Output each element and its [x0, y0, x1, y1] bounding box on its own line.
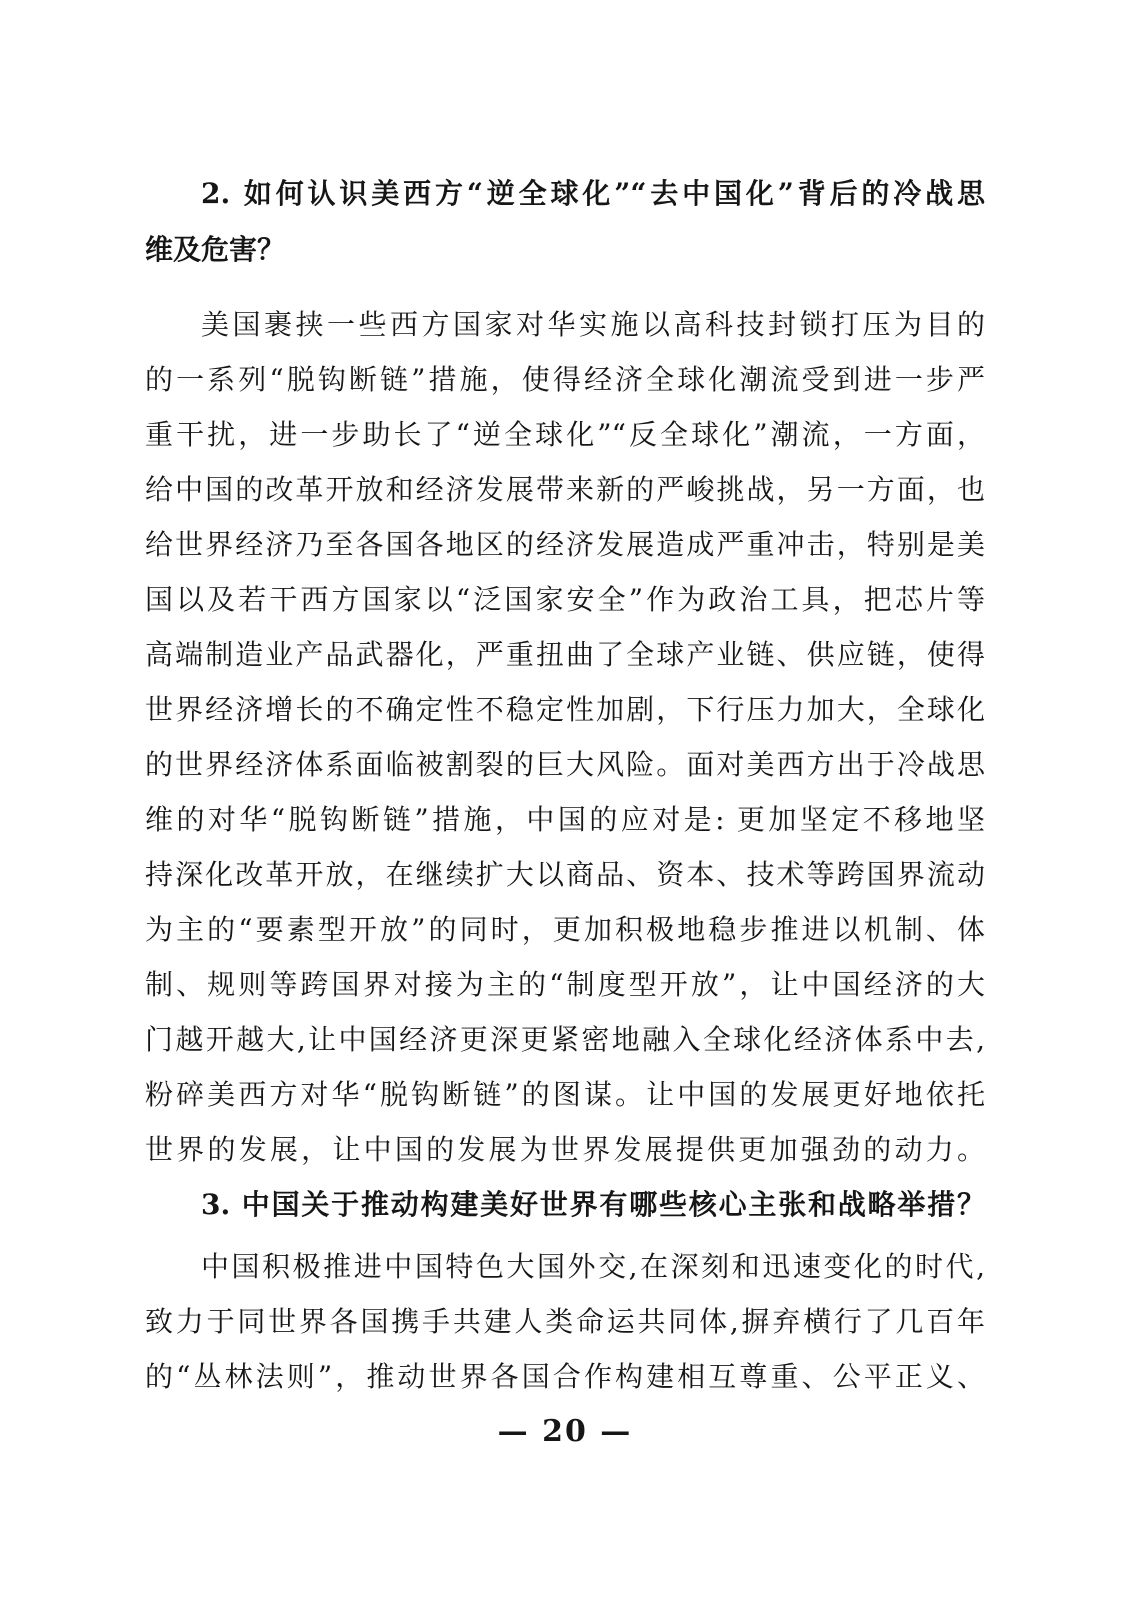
paragraph-line: 维的对华“脱钩断链”措施，中国的应对是: 更加坚定不移地坚: [145, 792, 985, 847]
heading-question-2-line-2: 维及危害？: [145, 222, 985, 278]
heading-question-3-line-1: 3. 中国关于推动构建美好世界有哪些核心主张和战略举措？: [145, 1177, 985, 1233]
paragraph-line: 美国裹挟一些西方国家对华实施以高科技封锁打压为目的: [145, 297, 985, 352]
paragraph-line: 持深化改革开放，在继续扩大以商品、资本、技术等跨国界流动: [145, 847, 985, 902]
page-number: — 20 —: [145, 1414, 985, 1450]
paragraph-line: 高端制造业产品武器化，严重扭曲了全球产业链、供应链，使得: [145, 627, 985, 682]
paragraph-line: 重干扰，进一步助长了“逆全球化”“反全球化”潮流，一方面，: [145, 407, 985, 462]
paragraph-line: 粉碎美西方对华“脱钩断链”的图谋。让中国的发展更好地依托: [145, 1067, 985, 1122]
paragraph-line: 世界经济增长的不确定性不稳定性加剧，下行压力加大，全球化: [145, 682, 985, 737]
paragraph-line: 世界的发展，让中国的发展为世界发展提供更加强劲的动力。: [145, 1122, 985, 1177]
paragraph-line: 给世界经济乃至各国各地区的经济发展造成严重冲击，特别是美: [145, 517, 985, 572]
paragraph-line: 国以及若干西方国家以“泛国家安全”作为政治工具，把芯片等: [145, 572, 985, 627]
paragraph-answer-2: 美国裹挟一些西方国家对华实施以高科技封锁打压为目的 的一系列“脱钩断链”措施，使…: [145, 297, 985, 1177]
paragraph-line: 致力于同世界各国携手共建人类命运共同体,摒弃横行了几百年: [145, 1294, 985, 1349]
paragraph-line: 中国积极推进中国特色大国外交,在深刻和迅速变化的时代,: [145, 1239, 985, 1294]
paragraph-answer-3: 中国积极推进中国特色大国外交,在深刻和迅速变化的时代, 致力于同世界各国携手共建…: [145, 1239, 985, 1404]
paragraph-line: 给中国的改革开放和经济发展带来新的严峻挑战，另一方面，也: [145, 462, 985, 517]
heading-question-2-line-1: 2. 如何认识美西方“逆全球化”“去中国化”背后的冷战思: [145, 166, 985, 222]
paragraph-line: 的世界经济体系面临被割裂的巨大风险。面对美西方出于冷战思: [145, 737, 985, 792]
paragraph-line: 的一系列“脱钩断链”措施，使得经济全球化潮流受到进一步严: [145, 352, 985, 407]
document-page: 2. 如何认识美西方“逆全球化”“去中国化”背后的冷战思 维及危害？ 美国裹挟一…: [0, 0, 1131, 1600]
paragraph-line: 门越开越大,让中国经济更深更紧密地融入全球化经济体系中去,: [145, 1012, 985, 1067]
paragraph-line: 的“丛林法则”，推动世界各国合作构建相互尊重、公平正义、: [145, 1349, 985, 1404]
paragraph-line: 为主的“要素型开放”的同时，更加积极地稳步推进以机制、体: [145, 902, 985, 957]
paragraph-line: 制、规则等跨国界对接为主的“制度型开放”，让中国经济的大: [145, 957, 985, 1012]
